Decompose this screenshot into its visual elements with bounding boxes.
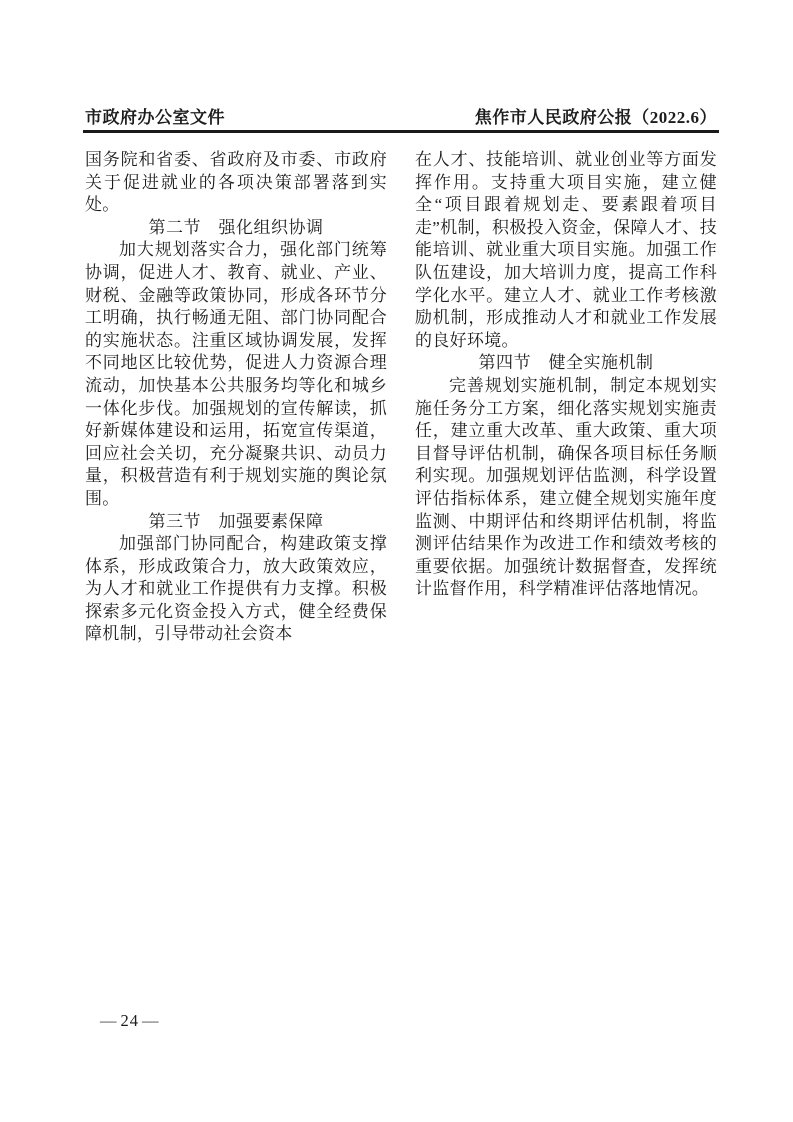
left-column: 国务院和省委、省政府及市委、市政府关于促进就业的各项决策部署落到实处。 第二节 …: [85, 149, 387, 646]
page-number-dash-left: —: [100, 1011, 118, 1030]
header-left-title: 市政府办公室文件: [85, 103, 225, 128]
section-heading-3: 第三节 加强要素保障: [85, 511, 387, 534]
paragraph: 加大规划落实合力，强化部门统筹协调，促进人才、教育、就业、产业、财税、金融等政策…: [85, 239, 387, 510]
page-header: 市政府办公室文件 焦作市人民政府公报（2022.6）: [85, 103, 717, 128]
header-right-title: 焦作市人民政府公报（2022.6）: [475, 103, 717, 128]
header-rule: [83, 130, 719, 133]
body-columns: 国务院和省委、省政府及市委、市政府关于促进就业的各项决策部署落到实处。 第二节 …: [85, 149, 717, 646]
section-heading-4: 第四节 健全实施机制: [415, 352, 717, 375]
gazette-page: 市政府办公室文件 焦作市人民政府公报（2022.6） 国务院和省委、省政府及市委…: [0, 0, 793, 1122]
paragraph: 加强部门协同配合，构建政策支撑体系，形成政策合力，放大政策效应，为人才和就业工作…: [85, 533, 387, 646]
right-column: 在人才、技能培训、就业创业等方面发挥作用。支持重大项目实施，建立健全“项目跟着规…: [415, 149, 717, 646]
page-number-value: 24: [118, 1011, 143, 1030]
paragraph-continuation: 国务院和省委、省政府及市委、市政府关于促进就业的各项决策部署落到实处。: [85, 149, 387, 217]
page-number: —24—: [100, 1011, 160, 1031]
section-heading-2: 第二节 强化组织协调: [85, 217, 387, 240]
page-number-dash-right: —: [142, 1011, 160, 1030]
paragraph: 完善规划实施机制，制定本规划实施任务分工方案，细化落实规划实施责任，建立重大改革…: [415, 375, 717, 601]
paragraph-continuation: 在人才、技能培训、就业创业等方面发挥作用。支持重大项目实施，建立健全“项目跟着规…: [415, 149, 717, 352]
